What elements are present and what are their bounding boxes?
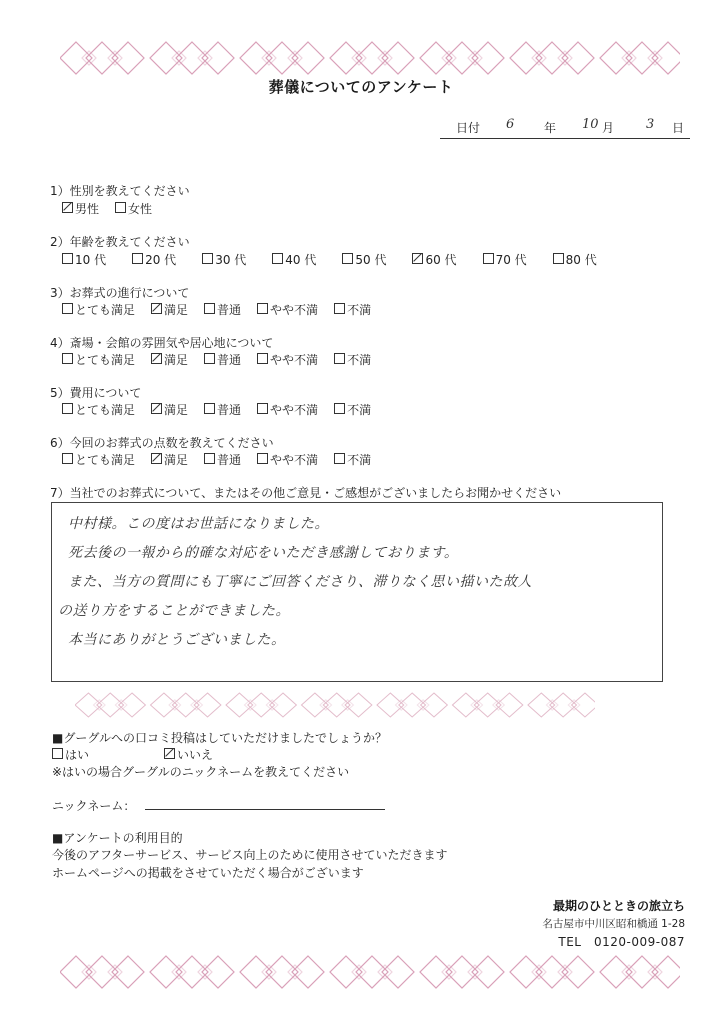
checkbox-icon[interactable] [272, 253, 283, 264]
checkbox-checked-icon[interactable] [151, 353, 162, 364]
checkbox-icon[interactable] [204, 403, 215, 414]
question-2-options: 10 代 20 代 30 代 40 代 50 代 60 代 70 代 80 代 [62, 251, 623, 268]
option-no[interactable]: いいえ [164, 746, 213, 763]
decorative-diamond-border-middle [75, 690, 595, 720]
option-male[interactable]: 男性 [62, 200, 99, 217]
option-label: 普通 [217, 353, 241, 367]
option-label: とても満足 [75, 353, 135, 367]
option-label: 満足 [164, 353, 188, 367]
decorative-diamond-border-bottom [60, 952, 680, 992]
option-label: とても満足 [75, 453, 135, 467]
checkbox-icon[interactable] [62, 353, 73, 364]
checkbox-icon[interactable] [334, 453, 345, 464]
option-label: 満足 [164, 453, 188, 467]
checkbox-icon[interactable] [62, 403, 73, 414]
comment-line: 本当にありがとうございました。 [68, 629, 286, 649]
option-label: 不満 [347, 403, 371, 417]
option-dissatisfied[interactable]: 不満 [334, 451, 371, 468]
date-label: 日付 [456, 119, 480, 136]
option-neutral[interactable]: 普通 [204, 301, 241, 318]
question-7-label: 7）当社でのお葬式について、またはその他ご意見・ご感想がございましたらお聞かせく… [50, 484, 561, 501]
checkbox-icon[interactable] [483, 253, 494, 264]
question-4-options: とても満足 満足 普通 やや不満 不満 [62, 351, 387, 368]
google-review-heading: ■グーグルへの口コミ投稿はしていただけましたでしょうか？ [52, 729, 387, 746]
option-label: とても満足 [75, 403, 135, 417]
checkbox-icon[interactable] [342, 253, 353, 264]
comment-line: 中村様。この度はお世話になりました。 [68, 513, 329, 533]
checkbox-icon[interactable] [132, 253, 143, 264]
option-label: 男性 [75, 202, 99, 216]
page-title: 葬儀についてのアンケート [0, 76, 722, 97]
question-1-options: 男性 女性 [62, 200, 168, 217]
checkbox-checked-icon[interactable] [62, 202, 73, 213]
date-month-unit: 月 [602, 119, 614, 136]
option-label: 不満 [347, 303, 371, 317]
checkbox-checked-icon[interactable] [412, 253, 423, 264]
option-label: 20 代 [145, 253, 176, 267]
checkbox-icon[interactable] [334, 303, 345, 314]
company-address: 名古屋市中川区昭和橋通 1-28 [542, 916, 685, 931]
nickname-prompt: ※はいの場合グーグルのニックネームを教えてください [52, 763, 349, 780]
question-6-label: 6）今回のお葬式の点数を教えてください [50, 434, 274, 451]
checkbox-icon[interactable] [204, 353, 215, 364]
option-label: やや不満 [270, 403, 318, 417]
option-label: 普通 [217, 303, 241, 317]
option-age-30s[interactable]: 30 代 [202, 251, 246, 268]
date-year-unit: 年 [544, 119, 556, 136]
option-somewhat-dissatisfied[interactable]: やや不満 [257, 301, 318, 318]
date-month-value[interactable]: 10 [582, 117, 599, 132]
checkbox-icon[interactable] [334, 403, 345, 414]
option-age-80s[interactable]: 80 代 [553, 251, 597, 268]
option-dissatisfied[interactable]: 不満 [334, 401, 371, 418]
comment-line: また、当方の質問にも丁寧にご回答くださり、滞りなく思い描いた故人 [68, 571, 532, 591]
checkbox-icon[interactable] [204, 303, 215, 314]
usage-line: 今後のアフターサービス、サービス向上のために使用させていただきます [52, 846, 448, 863]
option-satisfied[interactable]: 満足 [151, 401, 188, 418]
option-label: とても満足 [75, 303, 135, 317]
option-label: 70 代 [496, 253, 527, 267]
decorative-diamond-border-top [60, 38, 680, 78]
question-4-label: 4）斎場・会館の雰囲気や居心地について [50, 334, 273, 351]
checkbox-icon[interactable] [257, 353, 268, 364]
comment-line: の送り方をすることができました。 [58, 600, 290, 620]
checkbox-checked-icon[interactable] [151, 303, 162, 314]
option-label: 普通 [217, 403, 241, 417]
checkbox-icon[interactable] [62, 253, 73, 264]
option-somewhat-dissatisfied[interactable]: やや不満 [257, 451, 318, 468]
checkbox-icon[interactable] [52, 748, 63, 759]
option-label: 30 代 [215, 253, 246, 267]
option-label: 60 代 [425, 253, 456, 267]
option-age-50s[interactable]: 50 代 [342, 251, 386, 268]
usage-heading: ■アンケートの利用目的 [52, 829, 183, 846]
comment-textarea[interactable]: 中村様。この度はお世話になりました。 死去後の一報から的確な対応をいただき感謝し… [51, 502, 663, 682]
checkbox-icon[interactable] [62, 303, 73, 314]
checkbox-checked-icon[interactable] [151, 453, 162, 464]
option-satisfied[interactable]: 満足 [151, 301, 188, 318]
option-somewhat-dissatisfied[interactable]: やや不満 [257, 351, 318, 368]
checkbox-icon[interactable] [204, 453, 215, 464]
checkbox-checked-icon[interactable] [151, 403, 162, 414]
date-day-value[interactable]: 3 [646, 117, 654, 132]
option-neutral[interactable]: 普通 [204, 401, 241, 418]
question-6-options: とても満足 満足 普通 やや不満 不満 [62, 451, 387, 468]
checkbox-icon[interactable] [257, 453, 268, 464]
question-3-label: 3）お葬式の進行について [50, 284, 189, 301]
option-age-10s[interactable]: 10 代 [62, 251, 106, 268]
question-5-label: 5）費用について [50, 384, 141, 401]
option-label: やや不満 [270, 303, 318, 317]
question-3-options: とても満足 満足 普通 やや不満 不満 [62, 301, 387, 318]
checkbox-icon[interactable] [334, 353, 345, 364]
option-very-satisfied[interactable]: とても満足 [62, 351, 135, 368]
nickname-input[interactable] [145, 808, 385, 810]
nickname-label: ニックネーム： [52, 797, 135, 814]
company-name: 最期のひとときの旅立ち [553, 897, 685, 914]
option-label: 40 代 [285, 253, 316, 267]
company-phone: TEL 0120-009-087 [558, 933, 685, 950]
option-dissatisfied[interactable]: 不満 [334, 351, 371, 368]
date-field: 日付 6 年 10 月 3 日 [440, 116, 690, 139]
option-neutral[interactable]: 普通 [204, 451, 241, 468]
google-review-options: はい いいえ [52, 746, 89, 763]
option-satisfied[interactable]: 満足 [151, 451, 188, 468]
option-label: やや不満 [270, 353, 318, 367]
usage-line: ホームページへの掲載をさせていただく場合がございます [52, 864, 364, 881]
option-label: 不満 [347, 353, 371, 367]
question-1-label: 1）性別を教えてください [50, 182, 190, 199]
option-label: はい [65, 748, 89, 762]
option-very-satisfied[interactable]: とても満足 [62, 451, 135, 468]
checkbox-icon[interactable] [257, 403, 268, 414]
option-label: 50 代 [355, 253, 386, 267]
comment-line: 死去後の一報から的確な対応をいただき感謝しております。 [68, 542, 458, 562]
option-label: 普通 [217, 453, 241, 467]
checkbox-icon[interactable] [62, 453, 73, 464]
option-age-60s[interactable]: 60 代 [412, 251, 456, 268]
checkbox-icon[interactable] [553, 253, 564, 264]
option-label: いいえ [177, 748, 213, 762]
question-5-options: とても満足 満足 普通 やや不満 不満 [62, 401, 387, 418]
option-dissatisfied[interactable]: 不満 [334, 301, 371, 318]
option-yes[interactable]: はい [52, 748, 89, 762]
option-age-20s[interactable]: 20 代 [132, 251, 176, 268]
option-female[interactable]: 女性 [115, 200, 152, 217]
checkbox-icon[interactable] [202, 253, 213, 264]
option-very-satisfied[interactable]: とても満足 [62, 401, 135, 418]
option-label: 不満 [347, 453, 371, 467]
option-very-satisfied[interactable]: とても満足 [62, 301, 135, 318]
question-2-label: 2）年齢を教えてください [50, 233, 190, 250]
option-label: 10 代 [75, 253, 106, 267]
option-label: 満足 [164, 303, 188, 317]
option-label: やや不満 [270, 453, 318, 467]
option-neutral[interactable]: 普通 [204, 351, 241, 368]
option-label: 80 代 [566, 253, 597, 267]
date-year-value[interactable]: 6 [506, 117, 514, 132]
checkbox-icon[interactable] [257, 303, 268, 314]
option-satisfied[interactable]: 満足 [151, 351, 188, 368]
option-somewhat-dissatisfied[interactable]: やや不満 [257, 401, 318, 418]
option-label: 女性 [128, 202, 152, 216]
checkbox-icon[interactable] [115, 202, 126, 213]
option-label: 満足 [164, 403, 188, 417]
checkbox-checked-icon[interactable] [164, 748, 175, 759]
option-age-70s[interactable]: 70 代 [483, 251, 527, 268]
date-day-unit: 日 [672, 119, 684, 136]
option-age-40s[interactable]: 40 代 [272, 251, 316, 268]
